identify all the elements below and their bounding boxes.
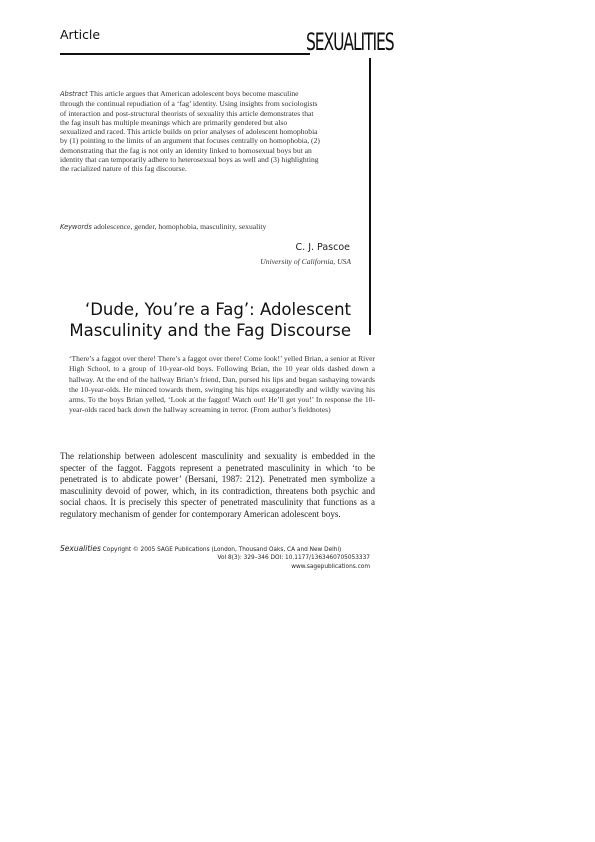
author-name: C. J. Pascoe bbox=[296, 242, 350, 253]
body-paragraph: The relationship between adolescent masc… bbox=[60, 451, 375, 520]
footer-journal: Sexualities bbox=[60, 544, 101, 553]
journal-logo: SEXUALITIES bbox=[306, 30, 393, 54]
epigraph: ‘There’s a faggot over there! There’s a … bbox=[69, 354, 375, 416]
keywords-label: Keywords bbox=[60, 223, 92, 231]
footer-citation: Vol 8(3): 329–346 DOI: 10.1177/136346070… bbox=[60, 554, 370, 562]
section-label: Article bbox=[60, 27, 100, 42]
vertical-rule bbox=[369, 58, 371, 335]
footer-copyright: Copyright © 2005 SAGE Publications (Lond… bbox=[103, 547, 342, 553]
title-line-2: Masculinity and the Fag Discourse bbox=[69, 320, 351, 341]
abstract-label: Abstract bbox=[60, 90, 88, 98]
abstract-text: This article argues that American adoles… bbox=[60, 89, 320, 173]
keywords: Keywords adolescence, gender, homophobia… bbox=[60, 222, 360, 231]
footer: Sexualities Copyright © 2005 SAGE Public… bbox=[60, 545, 370, 571]
keywords-text: adolescence, gender, homophobia, masculi… bbox=[94, 222, 267, 231]
footer-url[interactable]: www.sagepublications.com bbox=[60, 563, 370, 571]
abstract: Abstract This article argues that Americ… bbox=[60, 89, 320, 174]
author-affiliation: University of California, USA bbox=[260, 257, 351, 266]
header-rule bbox=[60, 53, 310, 55]
title-line-1: ‘Dude, You’re a Fag’: Adolescent bbox=[69, 299, 351, 320]
article-title: ‘Dude, You’re a Fag’: Adolescent Masculi… bbox=[69, 299, 351, 341]
